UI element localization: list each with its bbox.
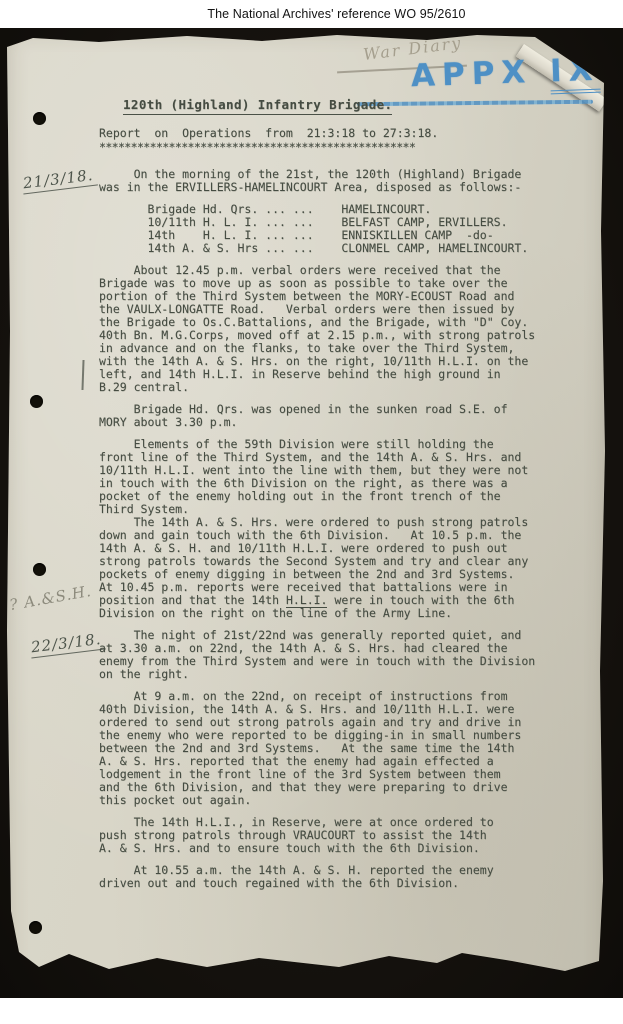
bottom-white-band <box>0 998 623 1024</box>
report-subtitle-block: Report on Operations from 21:3:18 to 27:… <box>99 126 438 154</box>
archive-reference-text: The National Archives' reference WO 95/2… <box>157 7 465 21</box>
punch-hole-2 <box>30 395 43 408</box>
paragraph-night-21-22: The night of 21st/22nd was generally rep… <box>99 629 581 681</box>
report-body: On the morning of the 21st, the 120th (H… <box>99 168 581 899</box>
paragraph-elements-pre: Elements of the 59th Division were still… <box>99 437 528 607</box>
scan-background: War Diary APPX IX 21/3/18. ? A.&S.H. 22/… <box>0 28 623 998</box>
paragraph-morning-disposition: On the morning of the 21st, the 120th (H… <box>99 168 581 194</box>
appx-label: APPX <box>410 53 550 94</box>
paragraph-1055am: At 10.55 a.m. the 14th A. & S. H. report… <box>99 864 581 890</box>
appx-annotation: APPX IX <box>410 52 600 95</box>
paragraph-hq-opened: Brigade Hd. Qrs. was opened in the sunke… <box>99 403 581 429</box>
document-subtitle: Report on Operations from 21:3:18 to 27:… <box>99 126 438 140</box>
margin-date-21-3-18: 21/3/18. <box>21 166 97 195</box>
margin-pencil-tick <box>81 360 84 390</box>
screenshot-root: The National Archives' reference WO 95/2… <box>0 0 623 1024</box>
margin-date-22-3-18: 22/3/18. <box>29 630 105 659</box>
document-page: War Diary APPX IX 21/3/18. ? A.&S.H. 22/… <box>7 31 605 989</box>
asterisk-divider: ****************************************… <box>99 140 415 154</box>
punch-hole-4 <box>29 921 42 934</box>
margin-query-ash: ? A.&S.H. <box>8 582 93 614</box>
paragraph-14th-hli-reserve: The 14th H.L.I., in Reserve, were at onc… <box>99 816 581 855</box>
dispositions-list: Brigade Hd. Qrs. ... ... HAMELINCOURT. 1… <box>99 203 581 255</box>
paragraph-9am-22nd: At 9 a.m. on the 22nd, on receipt of ins… <box>99 690 581 807</box>
appx-numeral: IX <box>549 52 600 95</box>
paragraph-verbal-orders: About 12.45 p.m. verbal orders were rece… <box>99 264 581 394</box>
paragraph-elements-59th: Elements of the 59th Division were still… <box>99 438 581 620</box>
archive-reference-band: The National Archives' reference WO 95/2… <box>0 0 623 28</box>
document-title: 120th (Highland) Infantry Brigade. <box>123 97 392 115</box>
punch-hole-1 <box>33 112 46 125</box>
punch-hole-3 <box>33 563 46 576</box>
